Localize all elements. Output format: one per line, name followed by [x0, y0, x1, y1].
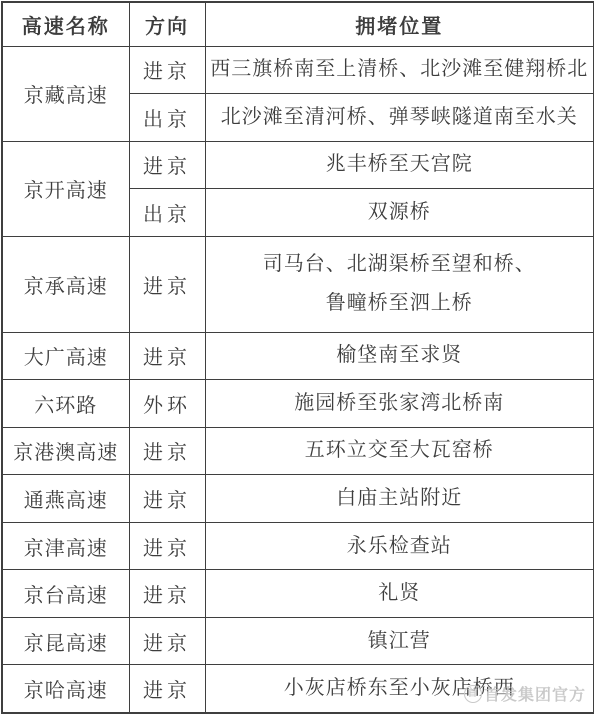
- table-row: 京津高速进京永乐检查站: [2, 522, 594, 570]
- table-row: 京昆高速进京镇江营: [2, 617, 594, 665]
- congestion-location-cell: 镇江营: [205, 617, 594, 665]
- direction-cell: 进京: [129, 236, 205, 332]
- table-row: 京台高速进京礼贤: [2, 570, 594, 618]
- highway-name-cell: 京津高速: [2, 522, 129, 570]
- highway-name-cell: 六环路: [2, 380, 129, 428]
- table-row: 通燕高速进京白庙主站附近: [2, 475, 594, 523]
- congestion-location-cell: 北沙滩至清河桥、弹琴峡隧道南至水关: [205, 94, 594, 142]
- table-header: 高速名称 方向 拥堵位置: [2, 2, 594, 46]
- direction-cell: 进京: [129, 617, 205, 665]
- highway-name-cell: 京港澳高速: [2, 427, 129, 475]
- direction-cell: 进京: [129, 332, 205, 380]
- highway-name-cell: 京台高速: [2, 570, 129, 618]
- congestion-location-cell: 榆垡南至求贤: [205, 332, 594, 380]
- direction-cell: 进京: [129, 475, 205, 523]
- header-congestion-location: 拥堵位置: [205, 2, 594, 46]
- direction-cell: 出京: [129, 94, 205, 142]
- table-row: 六环路外环施园桥至张家湾北桥南: [2, 380, 594, 428]
- table-row: 大广高速进京榆垡南至求贤: [2, 332, 594, 380]
- direction-cell: 进京: [129, 141, 205, 189]
- congestion-location-cell: 双源桥: [205, 189, 594, 237]
- table-row: 京哈高速进京小灰店桥东至小灰店桥西: [2, 665, 594, 713]
- congestion-location-cell: 兆丰桥至天宫院: [205, 141, 594, 189]
- congestion-table-body: 京藏高速进京西三旗桥南至上清桥、北沙滩至健翔桥北出京北沙滩至清河桥、弹琴峡隧道南…: [2, 46, 594, 713]
- congestion-location-cell: 永乐检查站: [205, 522, 594, 570]
- congestion-location-cell: 司马台、北湖渠桥至望和桥、 鲁疃桥至泗上桥: [205, 236, 594, 332]
- highway-name-cell: 京承高速: [2, 236, 129, 332]
- direction-cell: 进京: [129, 46, 205, 94]
- congestion-location-cell: 施园桥至张家湾北桥南: [205, 380, 594, 428]
- highway-name-cell: 京昆高速: [2, 617, 129, 665]
- highway-name-cell: 京哈高速: [2, 665, 129, 713]
- highway-name-cell: 京开高速: [2, 141, 129, 236]
- congestion-location-cell: 五环立交至大瓦窑桥: [205, 427, 594, 475]
- header-direction: 方向: [129, 2, 205, 46]
- header-highway-name: 高速名称: [2, 2, 129, 46]
- congestion-location-cell: 小灰店桥东至小灰店桥西: [205, 665, 594, 713]
- table-row: 京港澳高速进京五环立交至大瓦窑桥: [2, 427, 594, 475]
- congestion-location-cell: 白庙主站附近: [205, 475, 594, 523]
- table-row: 京藏高速进京西三旗桥南至上清桥、北沙滩至健翔桥北: [2, 46, 594, 94]
- highway-name-cell: 大广高速: [2, 332, 129, 380]
- highway-name-cell: 京藏高速: [2, 46, 129, 141]
- direction-cell: 进京: [129, 665, 205, 713]
- congestion-location-cell: 礼贤: [205, 570, 594, 618]
- direction-cell: 进京: [129, 427, 205, 475]
- table-row: 京承高速进京司马台、北湖渠桥至望和桥、 鲁疃桥至泗上桥: [2, 236, 594, 332]
- direction-cell: 外环: [129, 380, 205, 428]
- header-row: 高速名称 方向 拥堵位置: [2, 2, 594, 46]
- direction-cell: 进京: [129, 570, 205, 618]
- table-row: 京开高速进京兆丰桥至天宫院: [2, 141, 594, 189]
- direction-cell: 出京: [129, 189, 205, 237]
- congestion-location-cell: 西三旗桥南至上清桥、北沙滩至健翔桥北: [205, 46, 594, 94]
- direction-cell: 进京: [129, 522, 205, 570]
- highway-congestion-table: 高速名称 方向 拥堵位置 京藏高速进京西三旗桥南至上清桥、北沙滩至健翔桥北出京北…: [1, 1, 594, 714]
- highway-name-cell: 通燕高速: [2, 475, 129, 523]
